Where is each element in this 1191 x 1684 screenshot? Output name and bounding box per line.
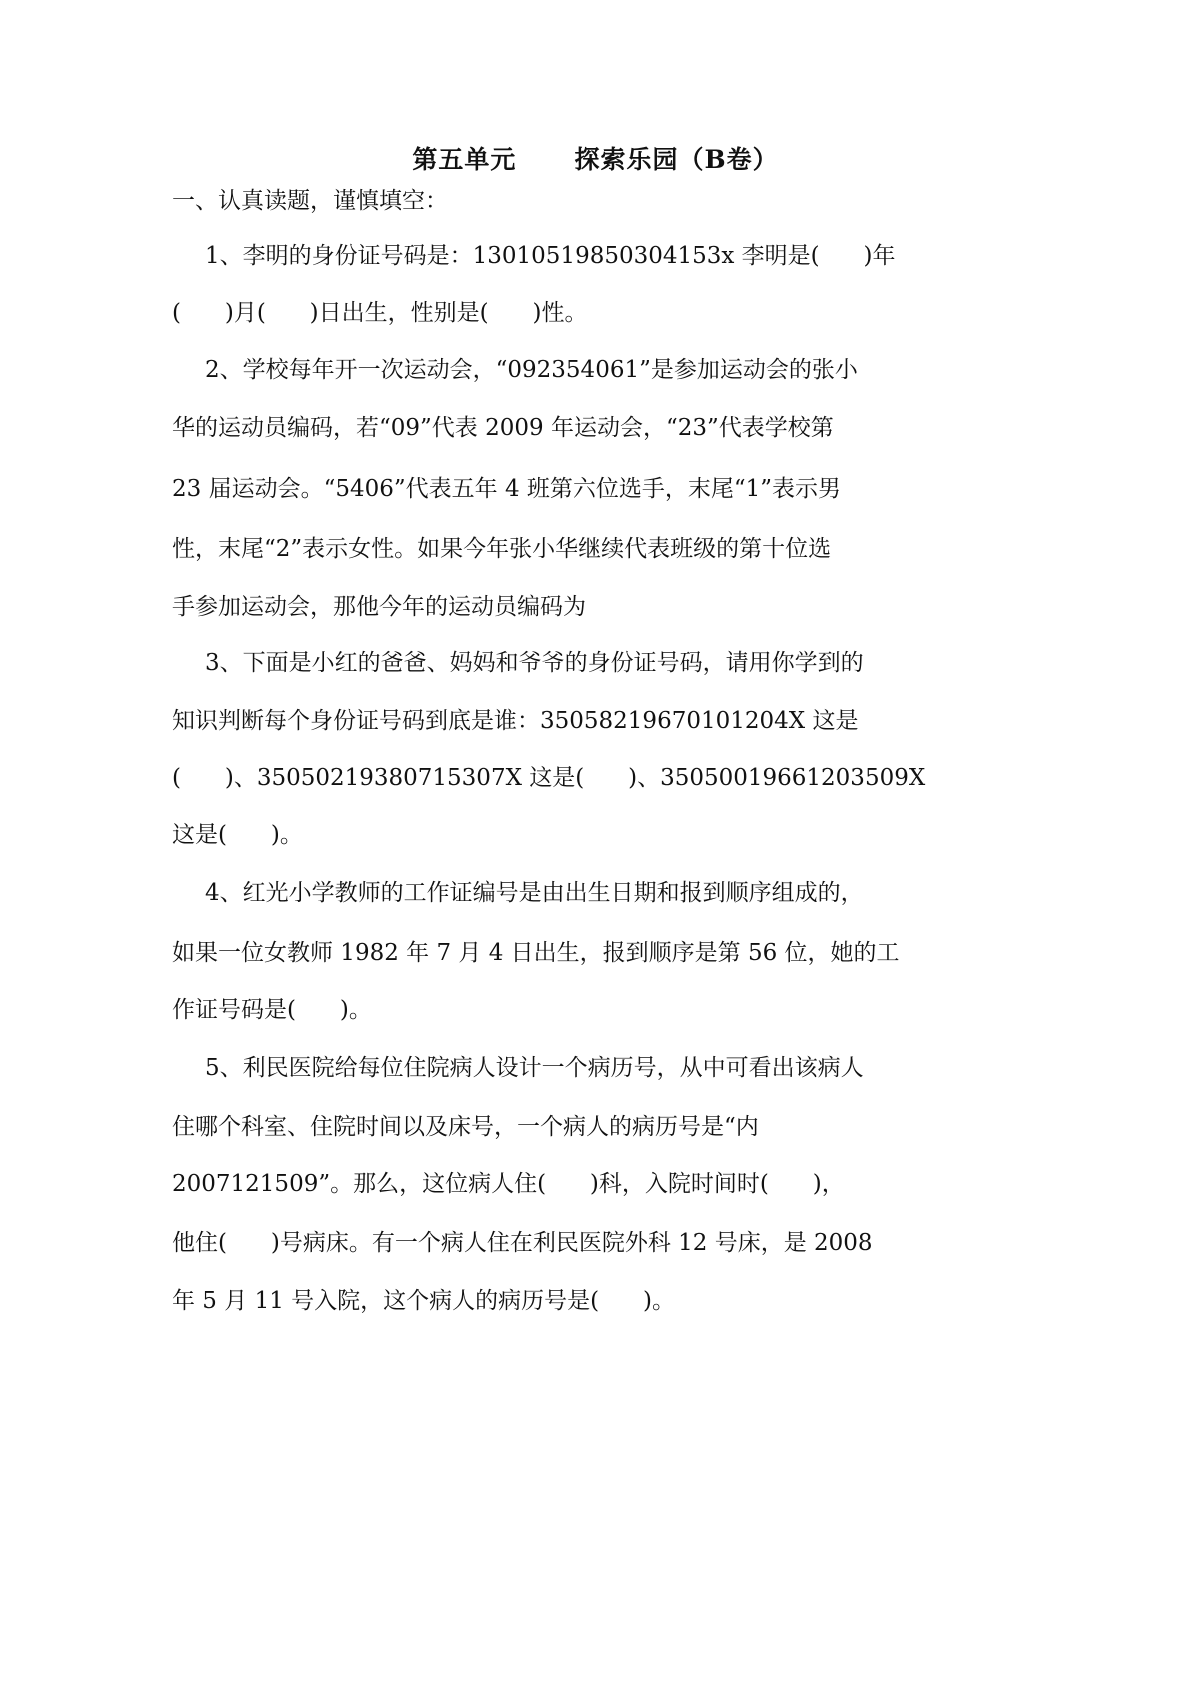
- question-2-line-3: 23 届运动会。“5406”代表五年 4 班第六位选手，末尾“1”表示男: [172, 474, 841, 504]
- question-5-line-3: 2007121509”。那么，这位病人住( )科，入院时间时( )，: [172, 1169, 845, 1199]
- question-2-line-1: 2、学校每年开一次运动会，“092354061”是参加运动会的张小: [205, 355, 858, 385]
- question-3-line-3: ( )、35050219380715307X 这是( )、35050019661…: [172, 763, 925, 793]
- question-5-line-2: 住哪个科室、住院时间以及床号，一个病人的病历号是“内: [172, 1112, 759, 1142]
- page-title: 第五单元 探索乐园（B卷）: [0, 140, 1191, 176]
- question-5-line-4: 他住( )号病床。有一个病人住在利民医院外科 12 号床，是 2008: [172, 1228, 873, 1258]
- question-4-line-2: 如果一位女教师 1982 年 7 月 4 日出生，报到顺序是第 56 位，她的工: [172, 938, 900, 968]
- document-page: 第五单元 探索乐园（B卷） 一、认真读题，谨慎填空： 1、李明的身份证号码是：1…: [0, 0, 1191, 1684]
- question-3-line-4: 这是( )。: [172, 820, 303, 850]
- question-2-line-2: 华的运动员编码，若“09”代表 2009 年运动会，“23”代表学校第: [172, 413, 834, 443]
- question-1-line-1: 1、李明的身份证号码是：13010519850304153x 李明是( )年: [205, 241, 896, 271]
- question-5-line-1: 5、利民医院给每位住院病人设计一个病历号，从中可看出该病人: [205, 1053, 864, 1083]
- question-4-line-1: 4、红光小学教师的工作证编号是由出生日期和报到顺序组成的，: [205, 878, 864, 908]
- question-2-line-5: 手参加运动会，那他今年的运动员编码为: [172, 592, 586, 622]
- question-5-line-5: 年 5 月 11 号入院，这个病人的病历号是( )。: [172, 1286, 675, 1316]
- question-1-line-2: ( )月( )日出生，性别是( )性。: [172, 298, 587, 328]
- question-3-line-1: 3、下面是小红的爸爸、妈妈和爷爷的身份证号码，请用你学到的: [205, 648, 864, 678]
- question-2-line-4: 性，末尾“2”表示女性。如果今年张小华继续代表班级的第十位选: [172, 534, 831, 564]
- section-heading: 一、认真读题，谨慎填空：: [172, 186, 448, 216]
- question-3-line-2: 知识判断每个身份证号码到底是谁：35058219670101204X 这是: [172, 706, 858, 736]
- question-4-line-3: 作证号码是( )。: [172, 995, 372, 1025]
